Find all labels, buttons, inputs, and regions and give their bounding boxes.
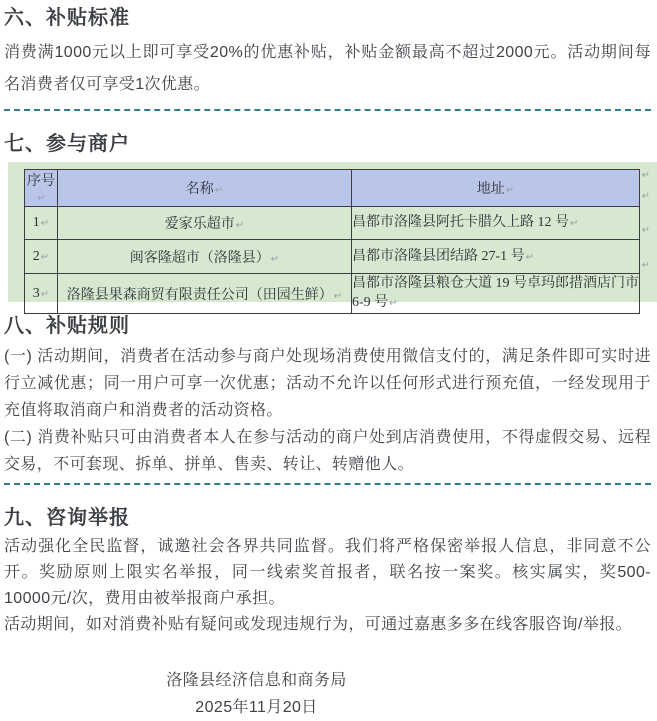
paragraph-mark-icon: ↵ xyxy=(37,193,45,204)
column-header-address: 地址↵ xyxy=(352,170,640,207)
column-header-seq: 序号↵ xyxy=(25,170,58,207)
dashed-divider xyxy=(4,109,651,111)
paragraph-mark-icon: ↵ xyxy=(41,289,49,300)
table-row: 3↵ 洛隆县果森商贸有限责任公司（田园生鲜）↵ 昌都市洛隆县粮仓大道 19 号卓… xyxy=(25,274,640,314)
column-header-name-label: 名称 xyxy=(186,182,214,197)
cell-merchant-name-value: 闽客隆超市（洛隆县） xyxy=(130,251,270,266)
column-header-name: 名称↵ xyxy=(58,170,352,207)
merchants-table: 序号↵ 名称↵ 地址↵ 1↵ 爱家乐超市↵ 昌都市洛隆县阿托卡腊久上路 12 号… xyxy=(24,169,640,314)
paragraph-report-reward: 活动强化全民监督，诚邀社会各界共同监督。我们将严格保密举报人信息，非同意不公开。… xyxy=(4,534,651,612)
paragraph-mark-icon: ↵ xyxy=(389,298,397,309)
merchants-table-block: 序号↵ 名称↵ 地址↵ 1↵ 爱家乐超市↵ 昌都市洛隆县阿托卡腊久上路 12 号… xyxy=(8,162,657,302)
cell-merchant-name: 闽客隆超市（洛隆县）↵ xyxy=(58,240,352,274)
section-heading-subsidy-rules: 八、补贴规则 xyxy=(4,314,651,338)
paragraph-mark-icon: ↵ xyxy=(570,218,578,229)
cell-seq-value: 3 xyxy=(33,286,40,301)
paragraph-subsidy-standard: 消费满1000元以上即可享受20%的优惠补贴，补贴金额最高不超过2000元。活动… xyxy=(4,37,651,101)
row-end-mark-icon: ↵ xyxy=(642,225,650,236)
row-end-mark-icon: ↵ xyxy=(642,260,650,271)
signature-organization: 洛隆县经济信息和商务局 xyxy=(4,668,509,694)
cell-merchant-name: 洛隆县果森商贸有限责任公司（田园生鲜）↵ xyxy=(58,274,352,314)
table-header-row: 序号↵ 名称↵ 地址↵ xyxy=(25,170,640,207)
cell-merchant-name: 爱家乐超市↵ xyxy=(58,207,352,240)
cell-merchant-address-value: 昌都市洛隆县阿托卡腊久上路 12 号 xyxy=(352,215,569,230)
signature-block: 洛隆县经济信息和商务局 2025年11月20日 xyxy=(4,668,509,721)
cell-merchant-address: 昌都市洛隆县粮仓大道 19 号卓玛郎措酒店门市 6-9 号↵ xyxy=(352,274,640,314)
table-row: 1↵ 爱家乐超市↵ 昌都市洛隆县阿托卡腊久上路 12 号↵ xyxy=(25,207,640,240)
paragraph-rule-1: (一) 活动期间，消费者在活动参与商户处现场消费使用微信支付的，满足条件即可实时… xyxy=(4,343,651,424)
document-body: 六、补贴标准 消费满1000元以上即可享受20%的优惠补贴，补贴金额最高不超过2… xyxy=(0,0,657,721)
row-end-mark-icon: ↵ xyxy=(642,170,650,181)
paragraph-mark-icon: ↵ xyxy=(41,218,49,229)
cell-merchant-address: 昌都市洛隆县团结路 27-1 号↵ xyxy=(352,240,640,274)
cell-seq-value: 2 xyxy=(33,249,40,264)
paragraph-rule-2: (二) 消费补贴只可由消费者本人在参与活动的商户处到店消费使用，不得虚假交易、远… xyxy=(4,424,651,478)
section-heading-subsidy-standard: 六、补贴标准 xyxy=(4,6,651,30)
cell-seq: 2↵ xyxy=(25,240,58,274)
column-header-seq-label: 序号 xyxy=(27,174,55,189)
section-heading-merchants: 七、参与商户 xyxy=(4,132,651,156)
cell-seq-value: 1 xyxy=(33,215,40,230)
cell-merchant-name-value: 洛隆县果森商贸有限责任公司（田园生鲜） xyxy=(67,288,333,303)
signature-date: 2025年11月20日 xyxy=(4,694,509,721)
cell-merchant-address: 昌都市洛隆县阿托卡腊久上路 12 号↵ xyxy=(352,207,640,240)
paragraph-mark-icon: ↵ xyxy=(236,220,244,231)
cell-merchant-address-value: 昌都市洛隆县团结路 27-1 号 xyxy=(352,249,525,264)
dashed-divider xyxy=(4,483,651,485)
cell-seq: 1↵ xyxy=(25,207,58,240)
column-header-address-label: 地址 xyxy=(477,182,505,197)
paragraph-mark-icon: ↵ xyxy=(506,185,514,196)
row-end-mark-icon: ↵ xyxy=(642,191,650,202)
section-heading-consult-report: 九、咨询举报 xyxy=(4,506,651,530)
paragraph-mark-icon: ↵ xyxy=(271,254,279,265)
paragraph-mark-icon: ↵ xyxy=(334,291,342,302)
cell-seq: 3↵ xyxy=(25,274,58,314)
paragraph-report-channel: 活动期间，如对消费补贴有疑问或发现违规行为，可通过嘉惠多多在线客服咨询/举报。 xyxy=(4,612,651,638)
paragraph-mark-icon: ↵ xyxy=(215,185,223,196)
cell-merchant-name-value: 爱家乐超市 xyxy=(165,217,235,232)
paragraph-mark-icon: ↵ xyxy=(526,252,534,263)
paragraph-mark-icon: ↵ xyxy=(41,252,49,263)
table-row: 2↵ 闽客隆超市（洛隆县）↵ 昌都市洛隆县团结路 27-1 号↵ xyxy=(25,240,640,274)
